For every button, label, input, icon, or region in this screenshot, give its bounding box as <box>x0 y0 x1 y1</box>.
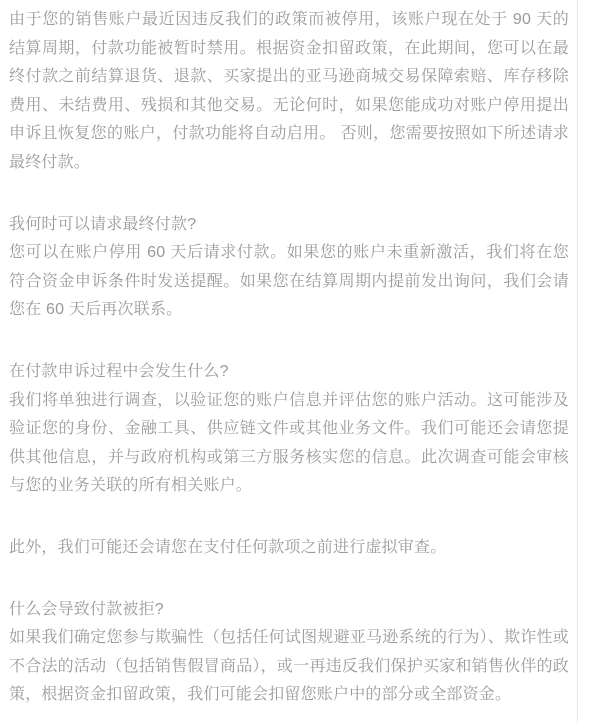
intro-paragraph: 由于您的销售账户最近因违反我们的政策而被停用，该账户现在处于 90 天的结算周期… <box>9 6 569 178</box>
policy-notice-page: 由于您的销售账户最近因违反我们的政策而被停用，该账户现在处于 90 天的结算周期… <box>0 0 578 723</box>
payment-denied-heading: 什么会导致付款被拒? <box>9 596 569 625</box>
intro-section: 由于您的销售账户最近因违反我们的政策而被停用，该账户现在处于 90 天的结算周期… <box>9 6 569 178</box>
when-request-payment-heading: 我何时可以请求最终付款? <box>9 211 569 240</box>
virtual-review-section: 此外，我们可能还会请您在支付任何款项之前进行虚拟审查。 <box>9 534 569 563</box>
appeal-process-paragraph: 我们将单独进行调查，以验证您的账户信息并评估您的账户活动。这可能涉及验证您的身份… <box>9 387 569 501</box>
appeal-process-section: 在付款申诉过程中会发生什么? 我们将单独进行调查，以验证您的账户信息并评估您的账… <box>9 358 569 501</box>
payment-denied-section: 什么会导致付款被拒? 如果我们确定您参与欺骗性（包括任何试图规避亚马逊系统的行为… <box>9 596 569 710</box>
when-request-payment-paragraph: 您可以在账户停用 60 天后请求付款。如果您的账户未重新激活，我们将在您符合资金… <box>9 239 569 325</box>
appeal-process-heading: 在付款申诉过程中会发生什么? <box>9 358 569 387</box>
payment-denied-paragraph: 如果我们确定您参与欺骗性（包括任何试图规避亚马逊系统的行为）、欺诈性或不合法的活… <box>9 624 569 710</box>
virtual-review-paragraph: 此外，我们可能还会请您在支付任何款项之前进行虚拟审查。 <box>9 534 569 563</box>
when-request-payment-section: 我何时可以请求最终付款? 您可以在账户停用 60 天后请求付款。如果您的账户未重… <box>9 211 569 325</box>
